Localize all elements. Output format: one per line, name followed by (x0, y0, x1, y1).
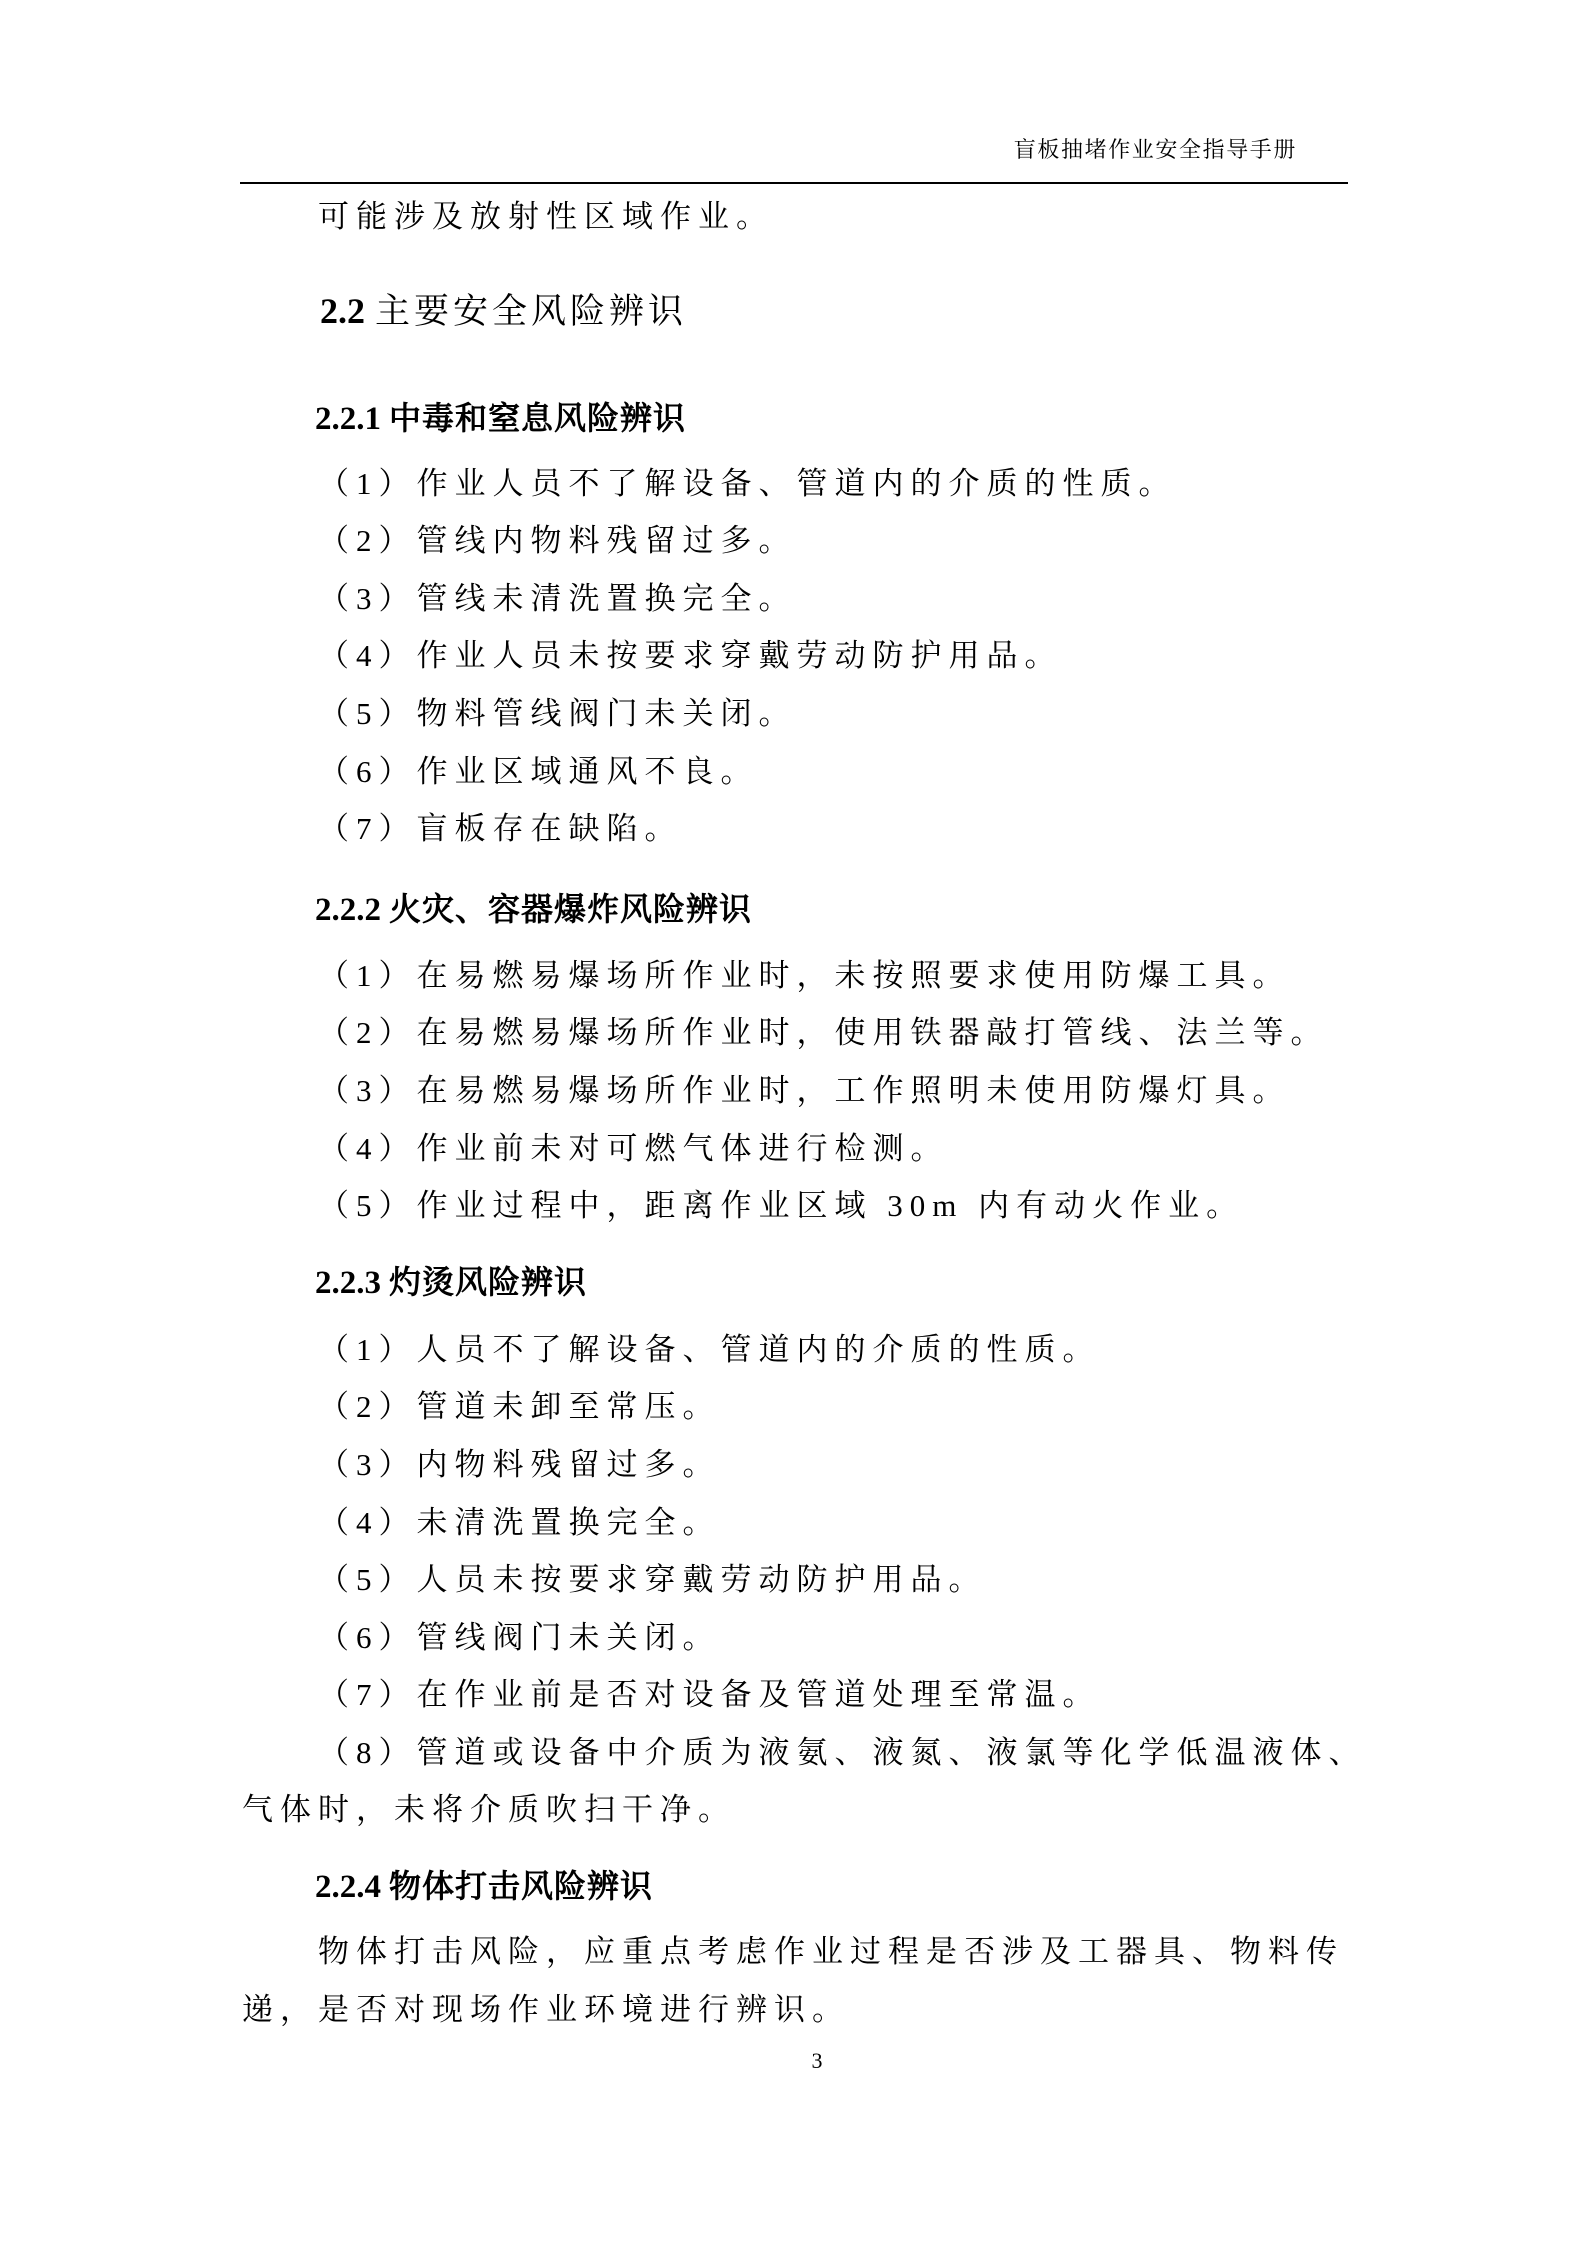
list-item: （7）盲板存在缺陷。 (242, 800, 1348, 858)
section-number: 2.2 (320, 291, 365, 331)
section-heading-2-2: 2.2主要安全风险辨识 (242, 281, 1348, 341)
list-item: （2）管道未卸至常压。 (242, 1378, 1348, 1436)
subsection-heading-2-2-4: 2.2.4物体打击风险辨识 (242, 1857, 1348, 1915)
list-item: （4）作业前未对可燃气体进行检测。 (242, 1120, 1348, 1178)
list-item: （4）未清洗置换完全。 (242, 1494, 1348, 1552)
subsection-heading-2-2-3: 2.2.3灼烫风险辨识 (242, 1253, 1348, 1311)
subsection-number: 2.2.3 (315, 1265, 381, 1301)
list-item: （5）物料管线阀门未关闭。 (242, 685, 1348, 743)
list-item: （4）作业人员未按要求穿戴劳动防护用品。 (242, 627, 1348, 685)
list-item-line-2: 气体时，未将介质吹扫干净。 (242, 1781, 1348, 1839)
list-item-line-1: （8）管道或设备中介质为液氨、液氮、液氯等化学低温液体、 (242, 1724, 1348, 1782)
page-number: 3 (797, 2046, 837, 2076)
section-title: 主要安全风险辨识 (375, 292, 687, 332)
list-item: （3）管线未清洗置换完全。 (242, 570, 1348, 628)
paragraph-line-2: 递，是否对现场作业环境进行辨识。 (242, 1981, 1348, 2039)
header-rule-divider (240, 182, 1348, 184)
subsection-title: 火灾、容器爆炸风险辨识 (389, 890, 752, 928)
subsection-title: 物体打击风险辨识 (389, 1867, 653, 1905)
list-item: （3）在易燃易爆场所作业时，工作照明未使用防爆灯具。 (242, 1062, 1348, 1120)
list-item: （1）在易燃易爆场所作业时，未按照要求使用防爆工具。 (242, 947, 1348, 1005)
list-item: （5）作业过程中，距离作业区域 30m 内有动火作业。 (242, 1177, 1348, 1235)
subsection-number: 2.2.1 (315, 401, 381, 437)
subsection-heading-2-2-1: 2.2.1中毒和窒息风险辨识 (242, 389, 1348, 447)
list-item: （3）内物料残留过多。 (242, 1436, 1348, 1494)
list-item: （6）作业区域通风不良。 (242, 743, 1348, 801)
paragraph-line-1: 物体打击风险，应重点考虑作业过程是否涉及工器具、物料传 (242, 1923, 1348, 1981)
intro-paragraph: 可能涉及放射性区域作业。 (242, 188, 1348, 246)
subsection-title: 灼烫风险辨识 (389, 1263, 587, 1301)
subsection-heading-2-2-2: 2.2.2火灾、容器爆炸风险辨识 (242, 880, 1348, 938)
list-item: （7）在作业前是否对设备及管道处理至常温。 (242, 1666, 1348, 1724)
list-item: （1）人员不了解设备、管道内的介质的性质。 (242, 1321, 1348, 1379)
running-header: 盲板抽堵作业安全指导手册 (1014, 136, 1297, 166)
subsection-number: 2.2.2 (315, 892, 381, 928)
subsection-title: 中毒和窒息风险辨识 (389, 399, 686, 437)
list-item: （2）在易燃易爆场所作业时，使用铁器敲打管线、法兰等。 (242, 1004, 1348, 1062)
list-item: （6）管线阀门未关闭。 (242, 1609, 1348, 1667)
subsection-number: 2.2.4 (315, 1869, 381, 1905)
list-item: （2）管线内物料残留过多。 (242, 512, 1348, 570)
list-item: （1）作业人员不了解设备、管道内的介质的性质。 (242, 455, 1348, 513)
list-item: （5）人员未按要求穿戴劳动防护用品。 (242, 1551, 1348, 1609)
page-body: 可能涉及放射性区域作业。 2.2主要安全风险辨识 2.2.1中毒和窒息风险辨识 … (242, 188, 1348, 2038)
